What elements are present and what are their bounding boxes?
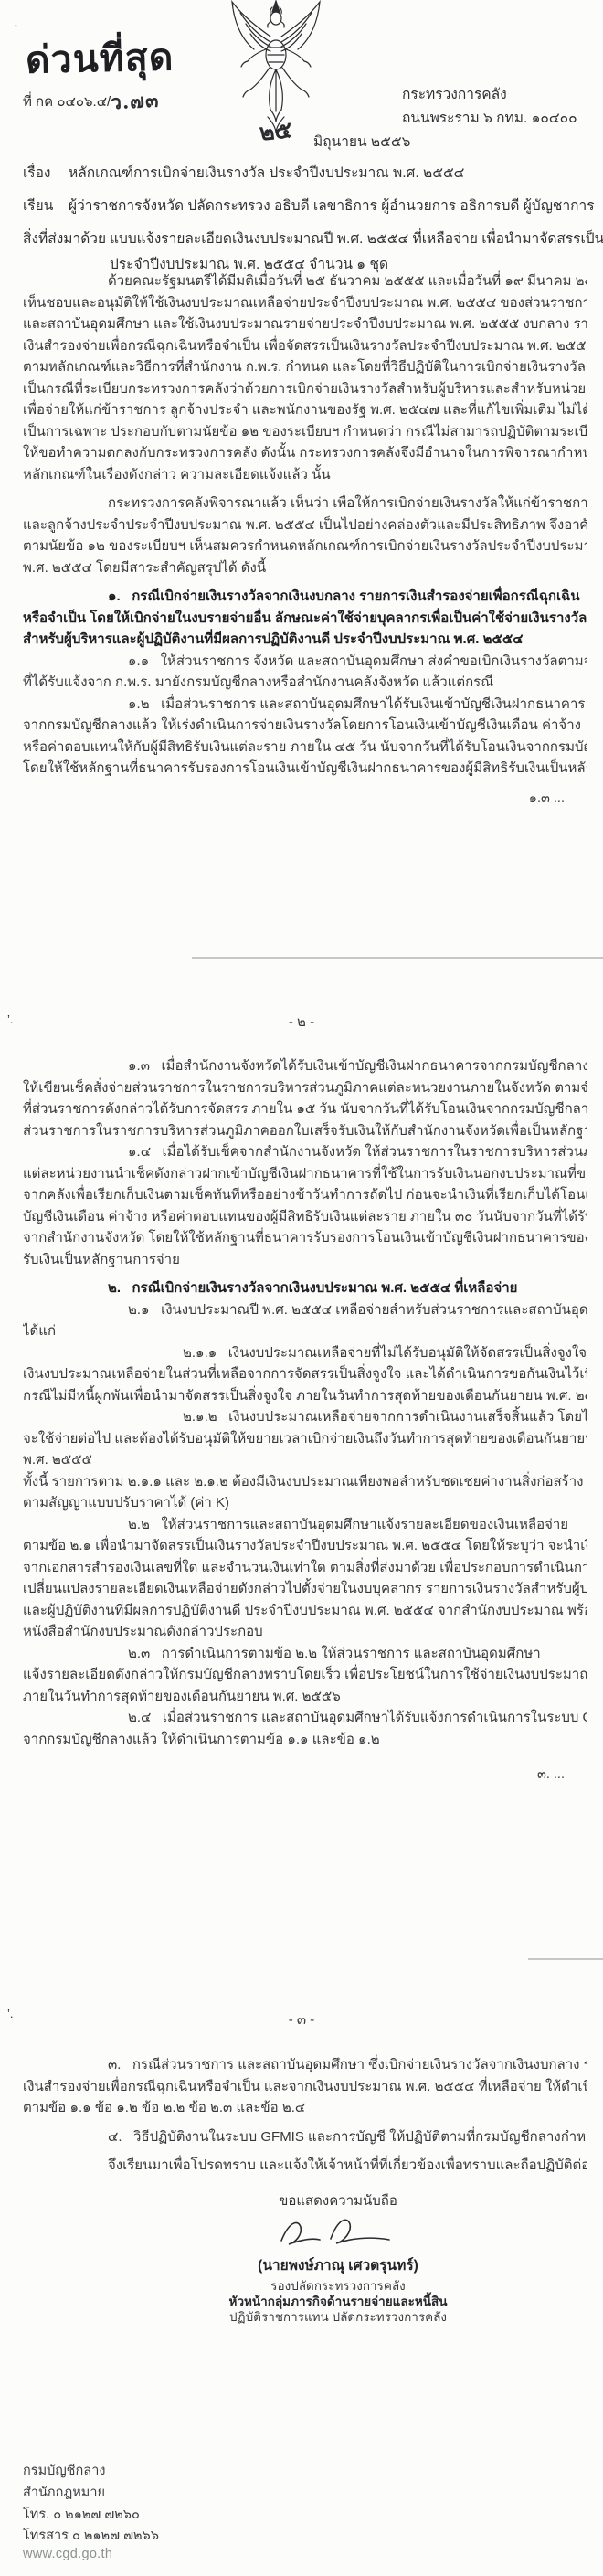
text-line: ตามข้อ ๑.๑ ข้อ ๑.๒ ข้อ ๒.๒ ข้อ ๒.๓ และข้… (23, 2097, 587, 2119)
footer-telephone: โทร. ๐ ๒๑๒๗ ๗๒๖๐ (23, 2504, 140, 2525)
text-line: ด้วยคณะรัฐมนตรีได้มีมติเมื่อวันที่ ๒๕ ธั… (23, 270, 587, 292)
footer-department: กรมบัญชีกลาง (23, 2460, 105, 2481)
reference-number-handwritten: ว.๗๓ (110, 86, 160, 119)
signature (274, 2211, 402, 2255)
subject-label: เรื่อง (23, 161, 51, 184)
page1-body: ด้วยคณะรัฐมนตรีได้มีมติเมื่อวันที่ ๒๕ ธั… (23, 270, 587, 779)
text-line: และผู้ปฏิบัติงานที่มีผลการปฏิบัติงานดี ป… (23, 1600, 587, 1622)
text-line: ตามข้อ ๒.๑ เพื่อนำมาจัดสรรเป็นเงินรางวัล… (23, 1535, 587, 1557)
reference-number: ที่ กค ๐๔๐๖.๔/ว.๗๓ (23, 85, 159, 115)
text-line: ตามหลักเกณฑ์และวิธีการที่สำนักงาน ก.พ.ร.… (23, 356, 587, 378)
text-line: เห็นชอบและอนุมัติให้ใช้เงินงบประมาณเหลือ… (23, 292, 587, 314)
text-line: ให้เขียนเช็คสั่งจ่ายส่วนราชการในราชการบร… (23, 1077, 587, 1099)
text-line: รับเงินเป็นหลักฐานการจ่าย (23, 1249, 587, 1271)
text-line: จะใช้จ่ายต่อไป และต้องได้รับอนุมัติให้ขย… (23, 1428, 587, 1450)
text-line: เงินงบประมาณเหลือจ่ายในส่วนที่เหลือจากกา… (23, 1363, 587, 1385)
text-line: หรือจำเป็น โดยให้เบิกจ่ายในงบรายจ่ายอื่น… (23, 608, 587, 630)
text-line: ทั้งนี้ รายการตาม ๒.๑.๑ และ ๒.๑.๒ ต้องมี… (23, 1471, 587, 1493)
signer-name: (นายพงษ์ภาณุ เศวตรุนทร์) (192, 2253, 484, 2276)
text-line: ส่วนราชการในราชการบริหารส่วนภูมิภาคออกใบ… (23, 1120, 587, 1142)
urgency-stamp: ด่วนที่สุด (25, 27, 175, 90)
footer-bureau: สำนักกฎหมาย (23, 2482, 105, 2503)
text-line: ๔. วิธีปฏิบัติงานในระบบ GFMIS และการบัญช… (23, 2126, 587, 2148)
ministry-name: กระทรวงการคลัง (402, 82, 507, 105)
page2-number: - ๒ - (0, 1011, 603, 1033)
text-line: และลูกจ้างประจำประจำปีงบประมาณ พ.ศ. ๒๕๕๔… (23, 514, 587, 536)
text-line: ๒.๔ เมื่อส่วนราชการ และสถาบันอุดมศึกษาได… (23, 1707, 587, 1729)
text-line: จากเอกสารสำรองเงินเลขที่ใด และจำนวนเงินเ… (23, 1557, 587, 1579)
text-line: กรณีไม่มีหนี้ผูกพันเพื่อนำมาจัดสรรเป็นสิ… (23, 1385, 587, 1407)
text-line: หนังสือสำนักงบประมาณดังกล่าวประกอบ (23, 1621, 587, 1643)
text-line: ๑.๑ ให้ส่วนราชการ จังหวัด และสถาบันอุดมศ… (23, 651, 587, 673)
text-line: เพื่อจ่ายให้แก่ข้าราชการ ลูกจ้างประจำ แล… (23, 399, 587, 421)
text-line: เปลี่ยนแปลงรายละเอียดเงินเหลือจ่ายดังกล่… (23, 1578, 587, 1600)
text-line: บัญชีเงินเดือน ค่าจ้าง หรือค่าตอบแทนของผ… (23, 1206, 587, 1228)
text-line: กระทรวงการคลังพิจารณาแล้ว เห็นว่า เพื่อใ… (23, 493, 587, 514)
page2-body: ๑.๓ เมื่อสำนักงานจังหวัดได้รับเงินเข้าบั… (23, 1055, 587, 1750)
text-line: ภายในวันทำการสุดท้ายของเดือนกันยายน พ.ศ.… (23, 1686, 587, 1708)
text-line: ๑.๓ เมื่อสำนักงานจังหวัดได้รับเงินเข้าบั… (23, 1055, 587, 1077)
text-line: จากคลังเพื่อเรียกเก็บเงินตามเช็คทันทีหรื… (23, 1184, 587, 1206)
text-line: เป็นการเฉพาะ ประกอบกับตามนัยข้อ ๑๒ ของระ… (23, 421, 587, 443)
text-line: ๑.๒ เมื่อส่วนราชการ และสถาบันอุดมศึกษาได… (23, 694, 587, 716)
text-line: โดยให้ใช้หลักฐานที่ธนาคารรับรองการโอนเงิ… (23, 758, 587, 779)
text-line: ๒.๑.๒ เงินงบประมาณเหลือจ่ายจากการดำเนินง… (23, 1406, 587, 1428)
subject-value: หลักเกณฑ์การเบิกจ่ายเงินรางวัล ประจำปีงบ… (69, 161, 464, 184)
text-line: จากกรมบัญชีกลางแล้ว ให้ดำเนินการตามข้อ ๑… (23, 1729, 587, 1751)
ministry-address: ถนนพระราม ๖ กทม. ๑๐๔๐๐ (402, 106, 577, 129)
text-line: ที่ได้รับแจ้งจาก ก.พ.ร. มายังกรมบัญชีกลา… (23, 672, 587, 694)
text-line: ๒.๒ ให้ส่วนราชการและสถาบันอุดมศึกษาแจ้งร… (23, 1514, 587, 1536)
page-edge-line (528, 1958, 603, 1960)
page2-continuation-mark: ๓. ... (537, 1764, 565, 1785)
signer-title-3: ปฏิบัติราชการแทน ปลัดกระทรวงการคลัง (192, 2306, 484, 2327)
footer-website-url: www.cgd.go.th (23, 2547, 112, 2561)
text-line: หรือค่าตอบแทนให้กับผู้มีสิทธิรับเงินแต่ล… (23, 737, 587, 758)
attachment-label: สิ่งที่ส่งมาด้วย (23, 227, 106, 249)
text-line: ได้แก่ (23, 1320, 587, 1342)
text-line: ๒.๓ การดำเนินการตามข้อ ๒.๒ ให้ส่วนราชการ… (23, 1643, 587, 1665)
text-line: ๑. กรณีเบิกจ่ายเงินรางวัลจากเงินงบกลาง ร… (23, 586, 587, 608)
text-line: จากสำนักงานจังหวัด โดยให้ใช้หลักฐานที่ธน… (23, 1227, 587, 1249)
text-line: พ.ศ. ๒๕๕๕ (23, 1449, 587, 1471)
to-value: ผู้ว่าราชการจังหวัด ปลัดกระทรวง อธิบดี เ… (69, 194, 595, 217)
attachment-line1: แบบแจ้งรายละเอียดเงินงบประมาณปี พ.ศ. ๒๕๕… (110, 227, 603, 249)
closing-phrase: ขอแสดงความนับถือ (210, 2189, 466, 2211)
text-line: สำหรับผู้บริหารและผู้ปฏิบัติงานที่มีผลกา… (23, 629, 587, 651)
text-line: เป็นกรณีที่ระเบียบกระทรวงการคลังว่าด้วยก… (23, 378, 587, 400)
scanned-letter-page: ’ ด่วนที่สุด ที่ กค ๐๔๐๖.๔/ว.๗๓ (0, 0, 603, 2576)
text-line: แต่ละหน่วยงานนำเช็คดังกล่าวฝากเข้าบัญชีเ… (23, 1163, 587, 1185)
page-edge-line (192, 957, 603, 959)
text-line: ตามนัยข้อ ๑๒ ของระเบียบฯ เห็นสมควรกำหนดห… (23, 535, 587, 557)
text-line: เงินสำรองจ่ายเพื่อกรณีฉุกเฉินหรือจำเป็น … (23, 2076, 587, 2098)
text-line: ๑.๔ เมื่อได้รับเช็คจากสำนักงานจังหวัด ให… (23, 1141, 587, 1163)
scan-artifact-mark: ’ (15, 22, 17, 36)
text-line: และสถาบันอุดมศึกษา และใช้เงินงบประมาณราย… (23, 313, 587, 335)
page3-body: ๓. กรณีส่วนราชการ และสถาบันอุดมศึกษา ซึ่… (23, 2054, 587, 2177)
text-line: หลักเกณฑ์ในเรื่องดังกล่าว ความละเอียดแจ้… (23, 464, 587, 486)
to-label: เรียน (23, 194, 53, 217)
text-line: จากกรมบัญชีกลางแล้ว ให้เร่งดำเนินการจ่าย… (23, 715, 587, 737)
date-line: มิถุนายน ๒๕๕๖ (313, 130, 410, 153)
text-line: พ.ศ. ๒๕๕๔ โดยมีสาระสำคัญสรุปได้ ดังนี้ (23, 557, 587, 579)
text-line: จึงเรียนมาเพื่อโปรดทราบ และแจ้งให้เจ้าหน… (23, 2155, 587, 2177)
text-line: ๓. กรณีส่วนราชการ และสถาบันอุดมศึกษา ซึ่… (23, 2054, 587, 2076)
text-line: แจ้งรายละเอียดดังกล่าวให้กรมบัญชีกลางทรา… (23, 1664, 587, 1686)
footer-fax: โทรสาร ๐ ๒๑๒๗ ๗๒๖๖ (23, 2525, 159, 2546)
reference-number-printed: ที่ กค ๐๔๐๖.๔/ (23, 94, 111, 110)
text-line: ให้ขอทำความตกลงกับกระทรวงการคลัง ดังนั้น… (23, 442, 587, 464)
text-line: ๒. กรณีเบิกจ่ายเงินรางวัลจากเงินงบประมาณ… (23, 1277, 587, 1299)
text-line: ๒.๑ เงินงบประมาณปี พ.ศ. ๒๕๕๔ เหลือจ่ายสำ… (23, 1299, 587, 1321)
text-line: ตามสัญญาแบบปรับราคาได้ (ค่า K) (23, 1492, 587, 1514)
date-day-handwritten: ๒๕ (258, 111, 293, 151)
page3-number: - ๓ - (0, 2009, 603, 2030)
page1-continuation-mark: ๑.๓ ... (529, 788, 565, 809)
text-line: เงินสำรองจ่ายเพื่อกรณีฉุกเฉินหรือจำเป็น … (23, 335, 587, 357)
text-line: ๒.๑.๑ เงินงบประมาณเหลือจ่ายที่ไม่ได้รับอ… (23, 1342, 587, 1364)
text-line: ที่ส่วนราชการดังกล่าวได้รับการจัดสรร ภาย… (23, 1098, 587, 1120)
